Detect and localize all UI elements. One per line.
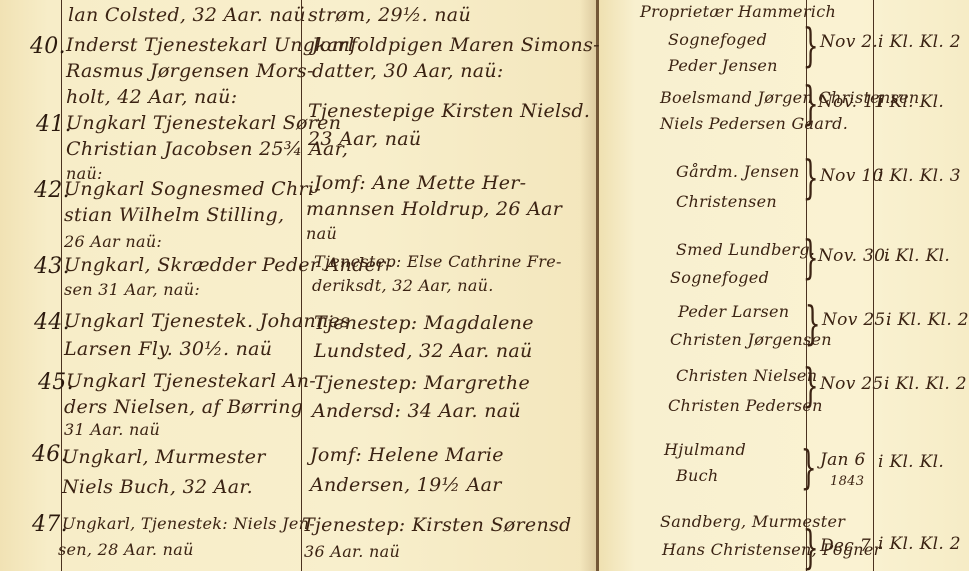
bride-line: Lundsted, 32 Aar. naü [314, 340, 533, 362]
brace-icon: } [805, 300, 821, 346]
column-rule-date [873, 0, 874, 571]
groom-line: 31 Aar. naü [64, 420, 160, 439]
bride-line: datter, 30 Aar, naü: [312, 60, 504, 82]
bride-line: Tjenestep: Magdalene [314, 312, 534, 334]
column-rule-groom [301, 0, 302, 571]
date-cell: Nov 25. [820, 374, 889, 394]
brace-icon: } [803, 22, 819, 68]
brace-icon: } [803, 362, 819, 408]
witness-line: Smed Lundberg. [676, 240, 815, 259]
witness-line: Peder Larsen [678, 302, 789, 321]
date-cell: Dec 7 [820, 536, 871, 556]
fee-cell: i Kl. Kl. [878, 452, 944, 472]
page-gutter [596, 0, 599, 571]
bride-line: Tjenestepige Kirsten Nielsd. [308, 100, 590, 122]
groom-line: Ungkarl Tjenestekarl An- [66, 370, 316, 392]
groom-line: Larsen Fly. 30½. naü [64, 338, 272, 360]
witness-line: Niels Pedersen Gaard. [660, 114, 848, 133]
fee-cell: i Kl. Kl. [884, 246, 950, 266]
bride-line: 23 Aar, naü [308, 128, 421, 150]
fee-cell: i Kl. Kl. [878, 92, 944, 112]
bride-line: Andersen, 19½ Aar [310, 474, 502, 496]
groom-line: ders Nielsen, af Børring [64, 396, 303, 418]
groom-line: sen, 28 Aar. naü [58, 540, 194, 559]
bride-line: Tjenestep: Else Cathrine Fre- [314, 252, 562, 271]
groom-line: Ungkarl, Tjenestek: Niels Jen- [62, 514, 315, 533]
witness-line: Christensen [676, 192, 777, 211]
brace-icon: } [801, 444, 817, 490]
bride-line: Jomf: Helene Marie [310, 444, 504, 466]
groom-line: Ungkarl, Murmester [62, 446, 266, 468]
fee-cell: i Kl. Kl. 2 [884, 374, 967, 394]
groom-line: 26 Aar naü: [64, 232, 162, 251]
brace-icon: } [803, 154, 819, 200]
witness-line: Christen Nielsen [676, 366, 817, 385]
right-page [598, 0, 969, 571]
fee-cell: i Kl. Kl. 2 [878, 32, 961, 52]
groom-line: holt, 42 Aar, naü: [66, 86, 237, 108]
fee-cell: i Kl. Kl. 2 [886, 310, 969, 330]
bride-line: Jomf: Ane Mette Her- [314, 172, 526, 194]
groom-line: Ungkarl Tjenestek. Johannes [64, 310, 350, 332]
groom-line: Ungkarl Tjenestekarl Søren [66, 112, 341, 134]
groom-line: Christian Jacobsen 25¾ Aar, [66, 138, 348, 160]
date-cell: Jan 6 [820, 450, 866, 470]
bride-line: mannsen Holdrup, 26 Aar [306, 198, 562, 220]
groom-line: stian Wilhelm Stilling, [64, 204, 284, 226]
entry-number: 40. [30, 34, 66, 59]
date-cell: Nov. 30. [818, 246, 891, 266]
fee-cell: i Kl. Kl. 2 [878, 534, 961, 554]
date-cell: Nov 2. [820, 32, 878, 52]
brace-icon: } [803, 80, 819, 126]
witness-line: Gårdm. Jensen [676, 162, 800, 181]
brace-icon: } [803, 234, 819, 280]
date-cell: Nov 10 [820, 166, 884, 186]
bride-line: naü [306, 224, 337, 243]
bride-line: Jomfoldpigen Maren Simons- [312, 34, 600, 56]
date-cell: Nov. 11 [818, 92, 885, 112]
bride-line: deriksdt, 32 Aar, naü. [312, 276, 494, 295]
witness-line: Christen Pedersen [668, 396, 823, 415]
date-year: 1843 [830, 474, 864, 489]
groom-line: Ungkarl Sognesmed Chri- [64, 178, 321, 200]
witness-line: Peder Jensen [668, 56, 778, 75]
groom-line: sen 31 Aar, naü: [64, 280, 200, 299]
date-cell: Nov 25. [822, 310, 891, 330]
groom-carryover: lan Colsted, 32 Aar. naü [68, 4, 306, 26]
bride-line: Tjenestep: Kirsten Sørensd [302, 514, 572, 536]
bride-line: Tjenestep: Margrethe [314, 372, 530, 394]
witness-line: Sognefoged [670, 268, 769, 287]
fee-cell: i Kl. Kl. 3 [878, 166, 961, 186]
witness-line: Hjulmand [664, 440, 746, 459]
brace-icon: } [803, 524, 819, 570]
bride-line: Andersd: 34 Aar. naü [312, 400, 521, 422]
bride-line: 36 Aar. naü [304, 542, 400, 561]
groom-line: Niels Buch, 32 Aar. [62, 476, 253, 498]
witness-line: Sognefoged [668, 30, 767, 49]
groom-line: Rasmus Jørgensen Mors- [66, 60, 314, 82]
bride-carryover: strøm, 29½. naü [308, 4, 471, 26]
witness-line: Buch [676, 466, 719, 485]
page-gutter-shadow [580, 0, 596, 571]
